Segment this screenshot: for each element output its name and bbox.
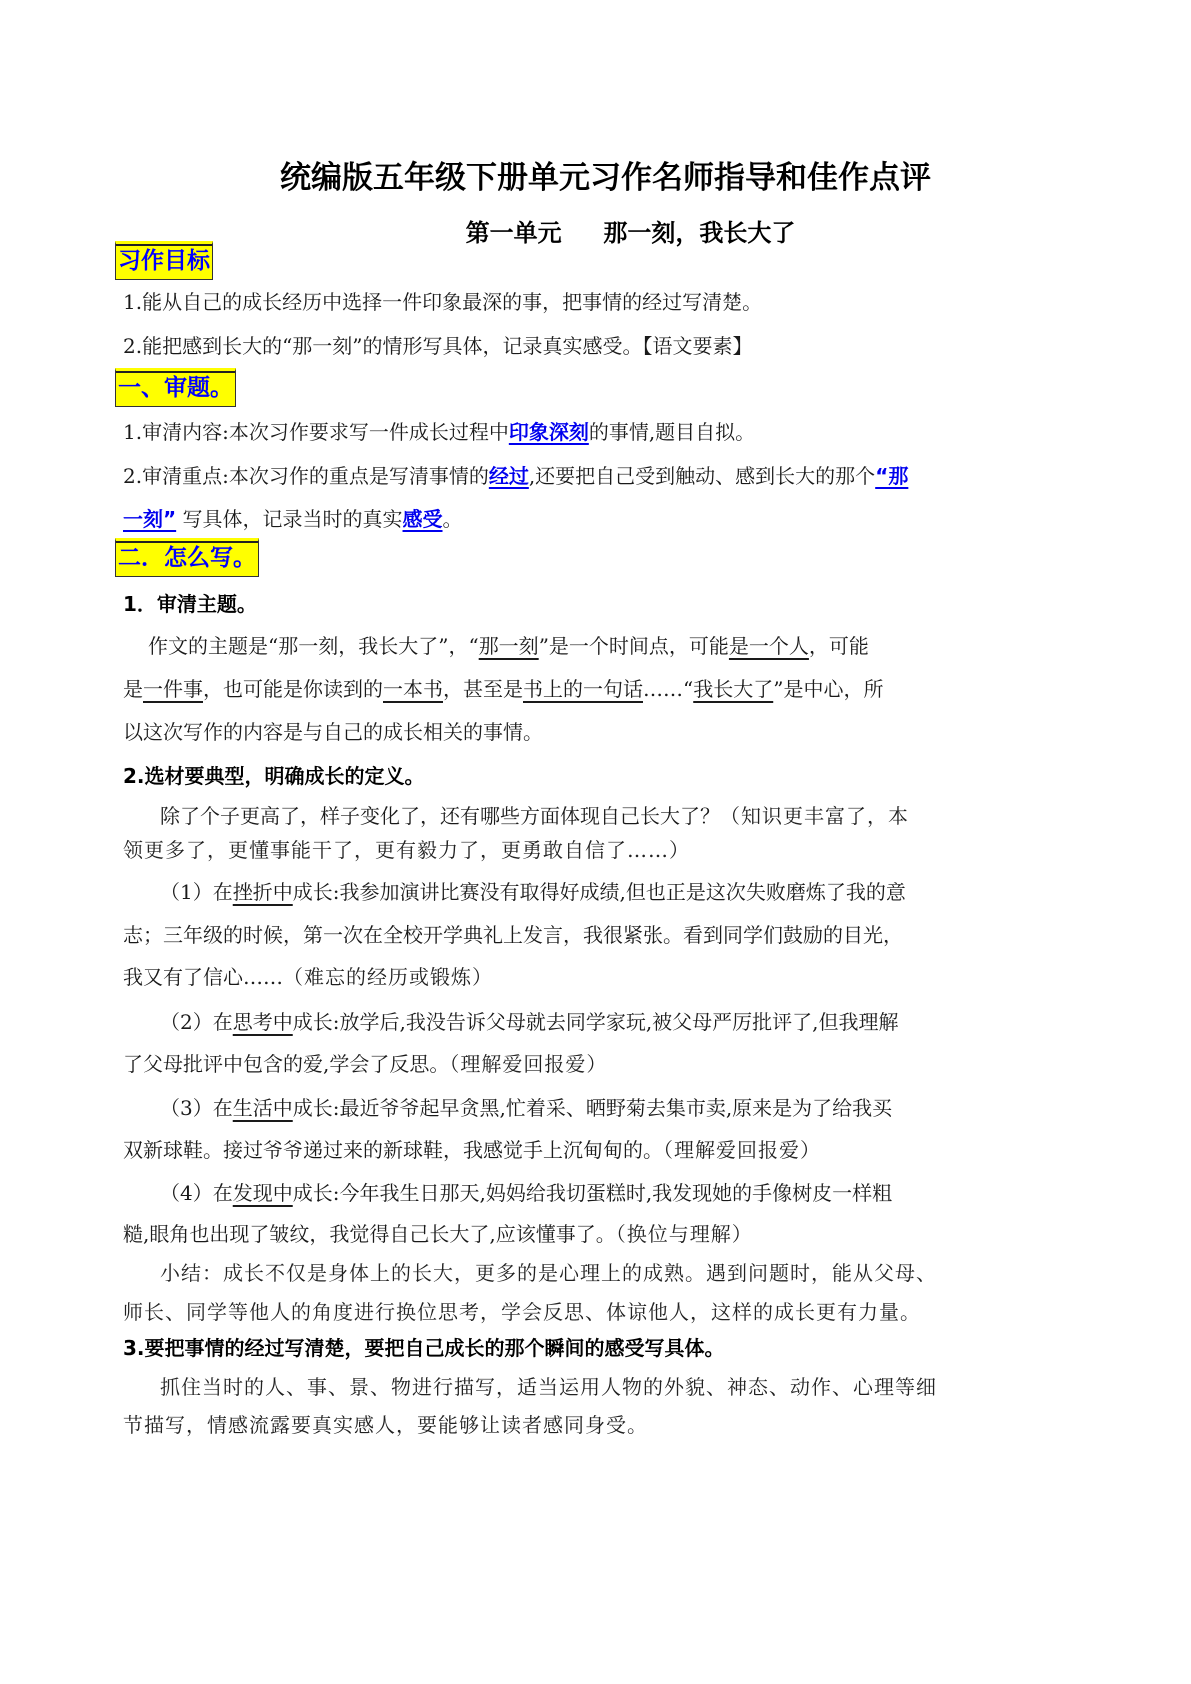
example-1-line-2: 志；三年级的时候，第一次在全校开学典礼上发言，我很紧张。看到同学们鼓励的目光， xyxy=(123,919,903,948)
link-process[interactable]: 经过 xyxy=(489,464,529,488)
underlined-term: 我长大了 xyxy=(693,677,773,701)
link-moment-b[interactable]: 一刻” xyxy=(123,507,176,531)
underlined-term: 那一刻 xyxy=(479,634,539,658)
note-text: （换位与理解） xyxy=(616,1222,753,1246)
underlined-term: 是一个人 xyxy=(729,634,809,658)
text: 了父母批评中包含的爱,学会了反思。 xyxy=(123,1052,449,1076)
text: 成长:今年我生日那天,妈妈给我切蛋糕时,我发现她的手像树皮一样粗 xyxy=(293,1181,892,1205)
note-text: （知识更丰富了，本 xyxy=(720,804,909,828)
example-4-line-2: 糙,眼角也出现了皱纹，我觉得自己长大了,应该懂事了。（换位与理解） xyxy=(123,1218,753,1247)
topic-label: 那一刻，我长大了 xyxy=(603,219,795,247)
review-item-2-end: 。 xyxy=(443,507,463,531)
text: 糙,眼角也出现了皱纹，我觉得自己长大了,应该懂事了。 xyxy=(123,1222,616,1246)
example-3-line-1: （3）在生活中成长:最近爷爷起早贪黑,忙着采、晒野菊去集市卖,原来是为了给我买 xyxy=(160,1092,892,1121)
example-4-line-1: （4）在发现中成长:今年我生日那天,妈妈给我切蛋糕时,我发现她的手像树皮一样粗 xyxy=(160,1177,892,1206)
unit-label: 第一单元 xyxy=(466,219,562,247)
text: ……“ xyxy=(643,677,693,701)
text: ”是一个时间点，可能 xyxy=(539,634,729,658)
goal-item-1: 1.能从自己的成长经历中选择一件印象最深的事，把事情的经过写清楚。 xyxy=(123,286,762,315)
text: （4）在 xyxy=(160,1181,233,1205)
review-item-2-middle: ,还要把自己受到触动、感到长大的那个 xyxy=(529,464,875,488)
text: 除了个子更高了，样子变化了，还有哪些方面体现自己长大了？ xyxy=(160,804,720,828)
goal-item-2: 2.能把感到长大的“那一刻”的情形写具体，记录真实感受。【语文要素】 xyxy=(123,330,753,359)
text: 我又有了信心…… xyxy=(123,965,283,989)
underlined-term: 一本书 xyxy=(383,677,443,701)
sub-heading-2: 2.选材要典型，明确成长的定义。 xyxy=(123,760,425,789)
text: 是 xyxy=(123,677,143,701)
review-item-1-suffix: 的事情,题目自拟。 xyxy=(589,420,755,444)
note-text: （理解爱回报爱） xyxy=(663,1138,821,1162)
text: ，也可能是你读到的 xyxy=(203,677,383,701)
sub-heading-3: 3.要把事情的经过写清楚，要把自己成长的那个瞬间的感受写具体。 xyxy=(123,1332,725,1361)
underlined-term: 思考中 xyxy=(233,1010,293,1034)
example-2-line-1: （2）在思考中成长:放学后,我没告诉父母就去同学家玩,被父母严厉批评了,但我理解 xyxy=(160,1006,899,1035)
detail-paragraph-line-2: 节描写，情感流露要真实感人，要能够让读者感同身受。 xyxy=(123,1409,648,1438)
review-item-1: 1.审清内容:本次习作要求写一件成长过程中印象深刻的事情,题目自拟。 xyxy=(123,416,755,445)
text: 双新球鞋。接过爷爷递过来的新球鞋，我感觉手上沉甸甸的。 xyxy=(123,1138,663,1162)
section-heading-review: 一、审题。 xyxy=(115,368,236,407)
underlined-term: 挫折中 xyxy=(233,880,293,904)
review-item-2-cont: 一刻” 写具体，记录当时的真实感受。 xyxy=(123,503,463,532)
text: （3）在 xyxy=(160,1096,233,1120)
theme-paragraph-line-2: 是一件事，也可能是你读到的一本书，甚至是书上的一句话……“我长大了”是中心，所 xyxy=(123,673,883,702)
review-item-2-text: 2.审清重点:本次习作的重点是写清事情的 xyxy=(123,464,489,488)
review-item-2-cont-text: 写具体，记录当时的真实 xyxy=(176,507,402,531)
document-page: 统编版五年级下册单元习作名师指导和佳作点评 第一单元 那一刻，我长大了 习作目标… xyxy=(0,0,1191,1684)
document-title: 统编版五年级下册单元习作名师指导和佳作点评 xyxy=(0,152,1191,197)
underlined-term: 生活中 xyxy=(233,1096,293,1120)
summary-line-1: 小结：成长不仅是身体上的长大，更多的是心理上的成熟。遇到问题时，能从父母、 xyxy=(160,1257,937,1286)
detail-paragraph-line-1: 抓住当时的人、事、景、物进行描写，适当运用人物的外貌、神态、动作、心理等细 xyxy=(160,1371,937,1400)
link-feeling[interactable]: 感受 xyxy=(403,507,443,531)
underlined-term: 书上的一句话 xyxy=(523,677,643,701)
theme-paragraph-line-1: 作文的主题是“那一刻，我长大了”，“那一刻”是一个时间点，可能是一个人，可能 xyxy=(148,630,869,659)
example-1-line-1: （1）在挫折中成长:我参加演讲比赛没有取得好成绩,但也正是这次失败磨炼了我的意 xyxy=(160,876,906,905)
link-moment-a[interactable]: “那 xyxy=(875,464,908,488)
text: 成长:放学后,我没告诉父母就去同学家玩,被父母严厉批评了,但我理解 xyxy=(293,1010,899,1034)
text: 成长:我参加演讲比赛没有取得好成绩,但也正是这次失败磨炼了我的意 xyxy=(293,880,906,904)
note-text: （难忘的经历或锻炼） xyxy=(283,965,493,989)
sub-heading-1: 1．审清主题。 xyxy=(123,588,257,617)
text: （2）在 xyxy=(160,1010,233,1034)
theme-paragraph-line-3: 以这次写作的内容是与自己的成长相关的事情。 xyxy=(123,716,543,745)
section-heading-goals: 习作目标 xyxy=(115,241,213,280)
example-1-line-3: 我又有了信心……（难忘的经历或锻炼） xyxy=(123,961,493,990)
link-impression[interactable]: 印象深刻 xyxy=(509,420,589,444)
review-item-2: 2.审清重点:本次习作的重点是写清事情的经过,还要把自己受到触动、感到长大的那个… xyxy=(123,460,908,489)
material-intro-line-2: 领更多了，更懂事能干了，更有毅力了，更勇敢自信了……） xyxy=(123,834,690,863)
material-intro-line-1: 除了个子更高了，样子变化了，还有哪些方面体现自己长大了？（知识更丰富了，本 xyxy=(160,800,909,829)
underlined-term: 发现中 xyxy=(233,1181,293,1205)
underlined-term: 一件事 xyxy=(143,677,203,701)
review-item-1-text: 1.审清内容:本次习作要求写一件成长过程中 xyxy=(123,420,509,444)
text: 作文的主题是“那一刻，我长大了”，“ xyxy=(148,634,479,658)
note-text: （理解爱回报爱） xyxy=(449,1052,607,1076)
text: ”是中心，所 xyxy=(773,677,883,701)
section-heading-how: 二．怎么写。 xyxy=(115,538,259,577)
example-3-line-2: 双新球鞋。接过爷爷递过来的新球鞋，我感觉手上沉甸甸的。（理解爱回报爱） xyxy=(123,1134,821,1163)
text: ，可能 xyxy=(809,634,869,658)
example-2-line-2: 了父母批评中包含的爱,学会了反思。（理解爱回报爱） xyxy=(123,1048,607,1077)
summary-line-2: 师长、同学等他人的角度进行换位思考，学会反思、体谅他人，这样的成长更有力量。 xyxy=(123,1296,921,1325)
text: ，甚至是 xyxy=(443,677,523,701)
text: （1）在 xyxy=(160,880,233,904)
text: 成长:最近爷爷起早贪黑,忙着采、晒野菊去集市卖,原来是为了给我买 xyxy=(293,1096,892,1120)
